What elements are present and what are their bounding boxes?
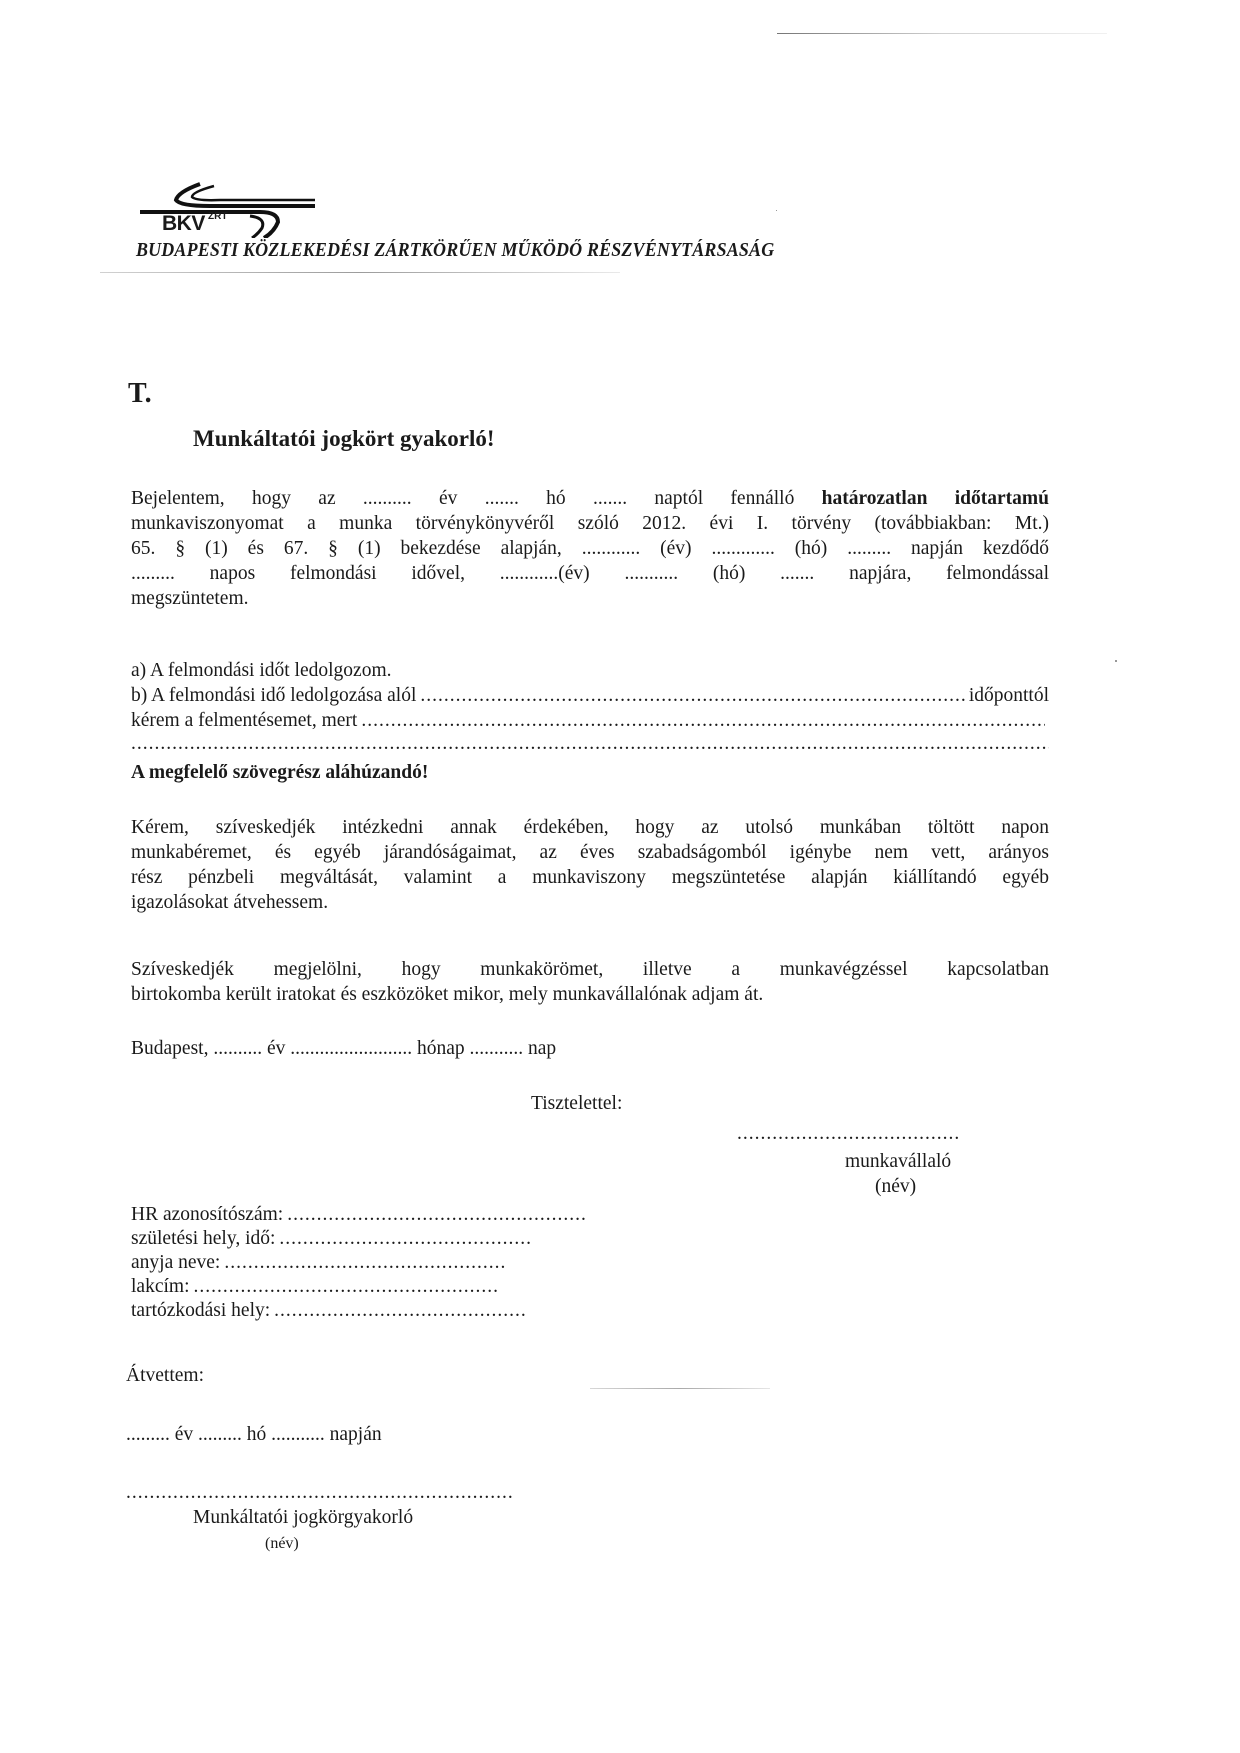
paragraph-line: megszüntetem. [131, 586, 1049, 611]
option-b-reason[interactable]: kérem a felmentésemet, mert [131, 708, 1049, 733]
place-date-field[interactable]: Budapest, .......... év ................… [131, 1038, 556, 1060]
option-b-suffix: időponttól [969, 683, 1049, 708]
residence-field[interactable]: tartózkodási hely:......................… [131, 1299, 587, 1323]
employer-signature-line[interactable]: ........................................… [126, 1482, 514, 1504]
field-blank[interactable]: ........................................… [287, 1203, 587, 1227]
employee-signature-role: munkavállaló [845, 1151, 951, 1173]
paragraph-line: Bejelentem, hogy az .......... év ......… [131, 486, 1049, 511]
scan-artifact-mid [590, 1388, 770, 1389]
employee-signature-name-hint: (név) [875, 1176, 916, 1198]
hr-id-field[interactable]: HR azonosítószám:.......................… [131, 1203, 587, 1227]
paragraph-line: 65. § (1) és 67. § (1) bekezdése alapján… [131, 536, 1049, 561]
scan-artifact-header-rule [100, 272, 620, 273]
option-a[interactable]: a) A felmondási időt ledolgozom. [131, 658, 1049, 683]
scan-speck [1115, 660, 1117, 662]
paragraph-line: rész pénzbeli megváltását, valamint a mu… [131, 865, 1049, 890]
option-a-text: a) A felmondási időt ledolgozom. [131, 658, 392, 683]
logo-text: BKV [162, 212, 205, 236]
exemption-reason-field-continued[interactable] [131, 733, 1049, 755]
salutation: Munkáltatói jogkört gyakorló! [193, 426, 495, 452]
handover-request-paragraph: Szíveskedjék megjelölni, hogy munkaköröm… [131, 957, 1049, 1007]
bkv-logo: BKV ZRT [140, 178, 320, 238]
settlement-request-paragraph: Kérem, szíveskedjék intézkedni annak érd… [131, 815, 1049, 915]
option-b-reason-text: kérem a felmentésemet, mert [131, 708, 357, 733]
paragraph-line: igazolásokat átvehessem. [131, 890, 1049, 915]
notice-period-options: a) A felmondási időt ledolgozom. b) A fe… [131, 658, 1049, 733]
receipt-date-field[interactable]: ......... év ......... hó ........... na… [126, 1424, 382, 1446]
field-label: anyja neve: [131, 1251, 220, 1275]
employer-signature-name-hint: (név) [265, 1535, 299, 1553]
paragraph-line: ......... napos felmondási idővel, .....… [131, 561, 1049, 586]
paragraph-line: Kérem, szíveskedjék intézkedni annak érd… [131, 815, 1049, 840]
underline-instruction: A megfelelő szövegrész aláhúzandó! [131, 762, 428, 784]
field-label: születési hely, idő: [131, 1227, 275, 1251]
addressee-mark: T. [128, 378, 152, 410]
option-b-text: b) A felmondási idő ledolgozása alól [131, 683, 416, 708]
paragraph-line: munkaviszonyomat a munka törvénykönyvérő… [131, 511, 1049, 536]
birth-place-date-field[interactable]: születési hely, idő:....................… [131, 1227, 587, 1251]
field-label: HR azonosítószám: [131, 1203, 283, 1227]
employment-type-bold: határozatlan időtartamú [822, 488, 1049, 509]
field-label: tartózkodási hely: [131, 1299, 270, 1323]
paragraph-line: birtokomba került iratokat és eszközöket… [131, 982, 1049, 1007]
field-blank[interactable]: ........................................… [274, 1299, 527, 1323]
mother-name-field[interactable]: anyja neve:.............................… [131, 1251, 587, 1275]
field-blank[interactable]: ........................................… [279, 1227, 532, 1251]
paragraph-text: Bejelentem, hogy az .......... év ......… [131, 488, 822, 509]
logo-superscript: ZRT [208, 211, 227, 222]
scan-artifact-top [777, 33, 1107, 34]
resignation-paragraph: Bejelentem, hogy az .......... év ......… [131, 486, 1049, 611]
field-blank[interactable]: ........................................… [193, 1275, 499, 1299]
receipt-label: Átvettem: [126, 1365, 204, 1387]
address-field[interactable]: lakcím:.................................… [131, 1275, 587, 1299]
exemption-reason-field[interactable] [361, 708, 1045, 733]
closing-regards: Tisztelettel: [531, 1093, 622, 1115]
paragraph-line: munkabéremet, és egyéb járandóságaimat, … [131, 840, 1049, 865]
field-label: lakcím: [131, 1275, 189, 1299]
employer-signature-role: Munkáltatói jogkörgyakorló [193, 1507, 413, 1529]
field-blank[interactable]: ........................................… [224, 1251, 506, 1275]
employee-signature-line[interactable]: ...................................... [737, 1123, 1037, 1145]
exemption-date-field[interactable] [420, 683, 964, 708]
employee-details: HR azonosítószám:.......................… [131, 1203, 587, 1323]
paragraph-line: Szíveskedjék megjelölni, hogy munkaköröm… [131, 957, 1049, 982]
scan-speck [776, 210, 777, 211]
option-b[interactable]: b) A felmondási idő ledolgozása alól idő… [131, 683, 1049, 708]
company-name: BUDAPESTI KÖZLEKEDÉSI ZÁRTKÖRŰEN MŰKÖDŐ … [136, 240, 774, 262]
